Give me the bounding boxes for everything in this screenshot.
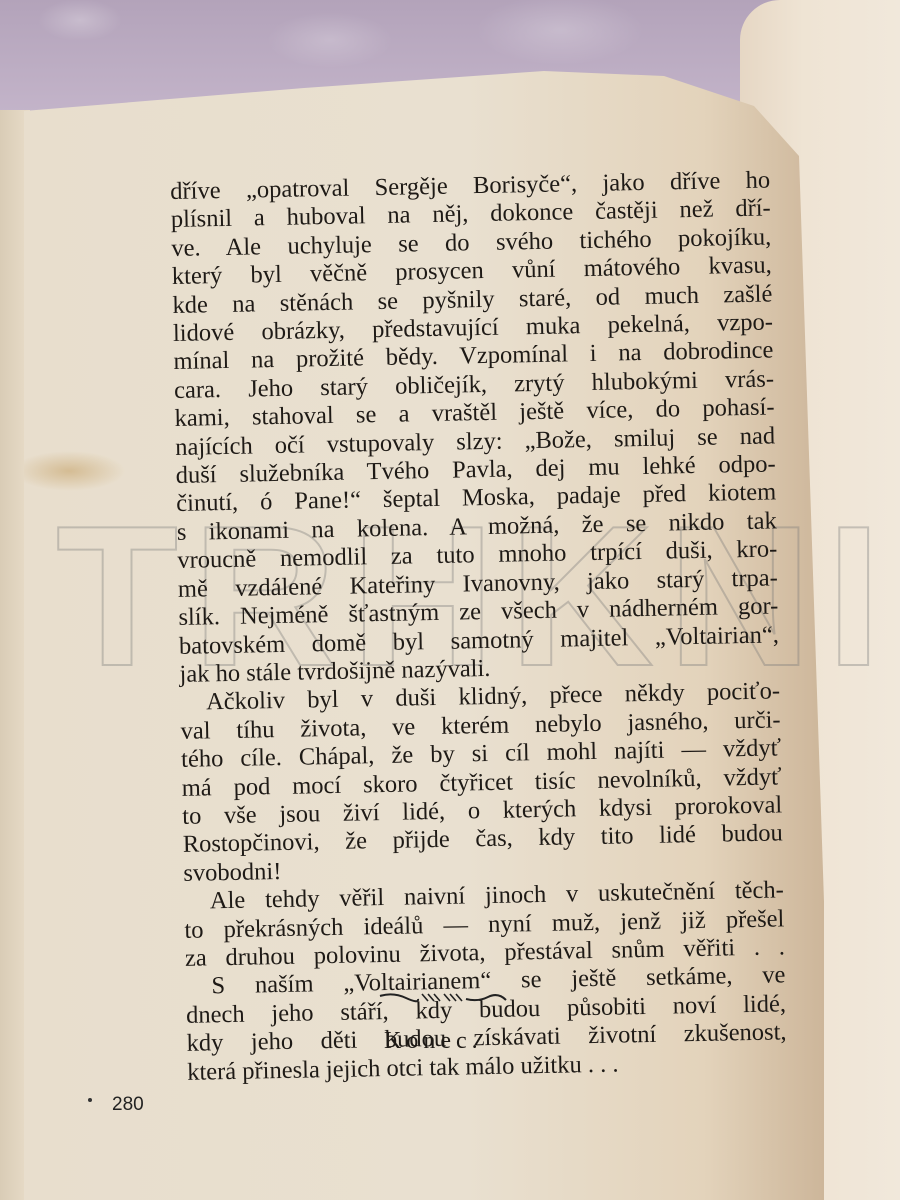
page-number: 280 <box>112 1094 144 1116</box>
body-text: dříve „opatroval Sergěje Borisyče“, jako… <box>170 166 787 1086</box>
ornament-swash-icon <box>378 990 508 1006</box>
ending-title: Konec. <box>384 1028 483 1055</box>
page-dot <box>88 1098 92 1102</box>
